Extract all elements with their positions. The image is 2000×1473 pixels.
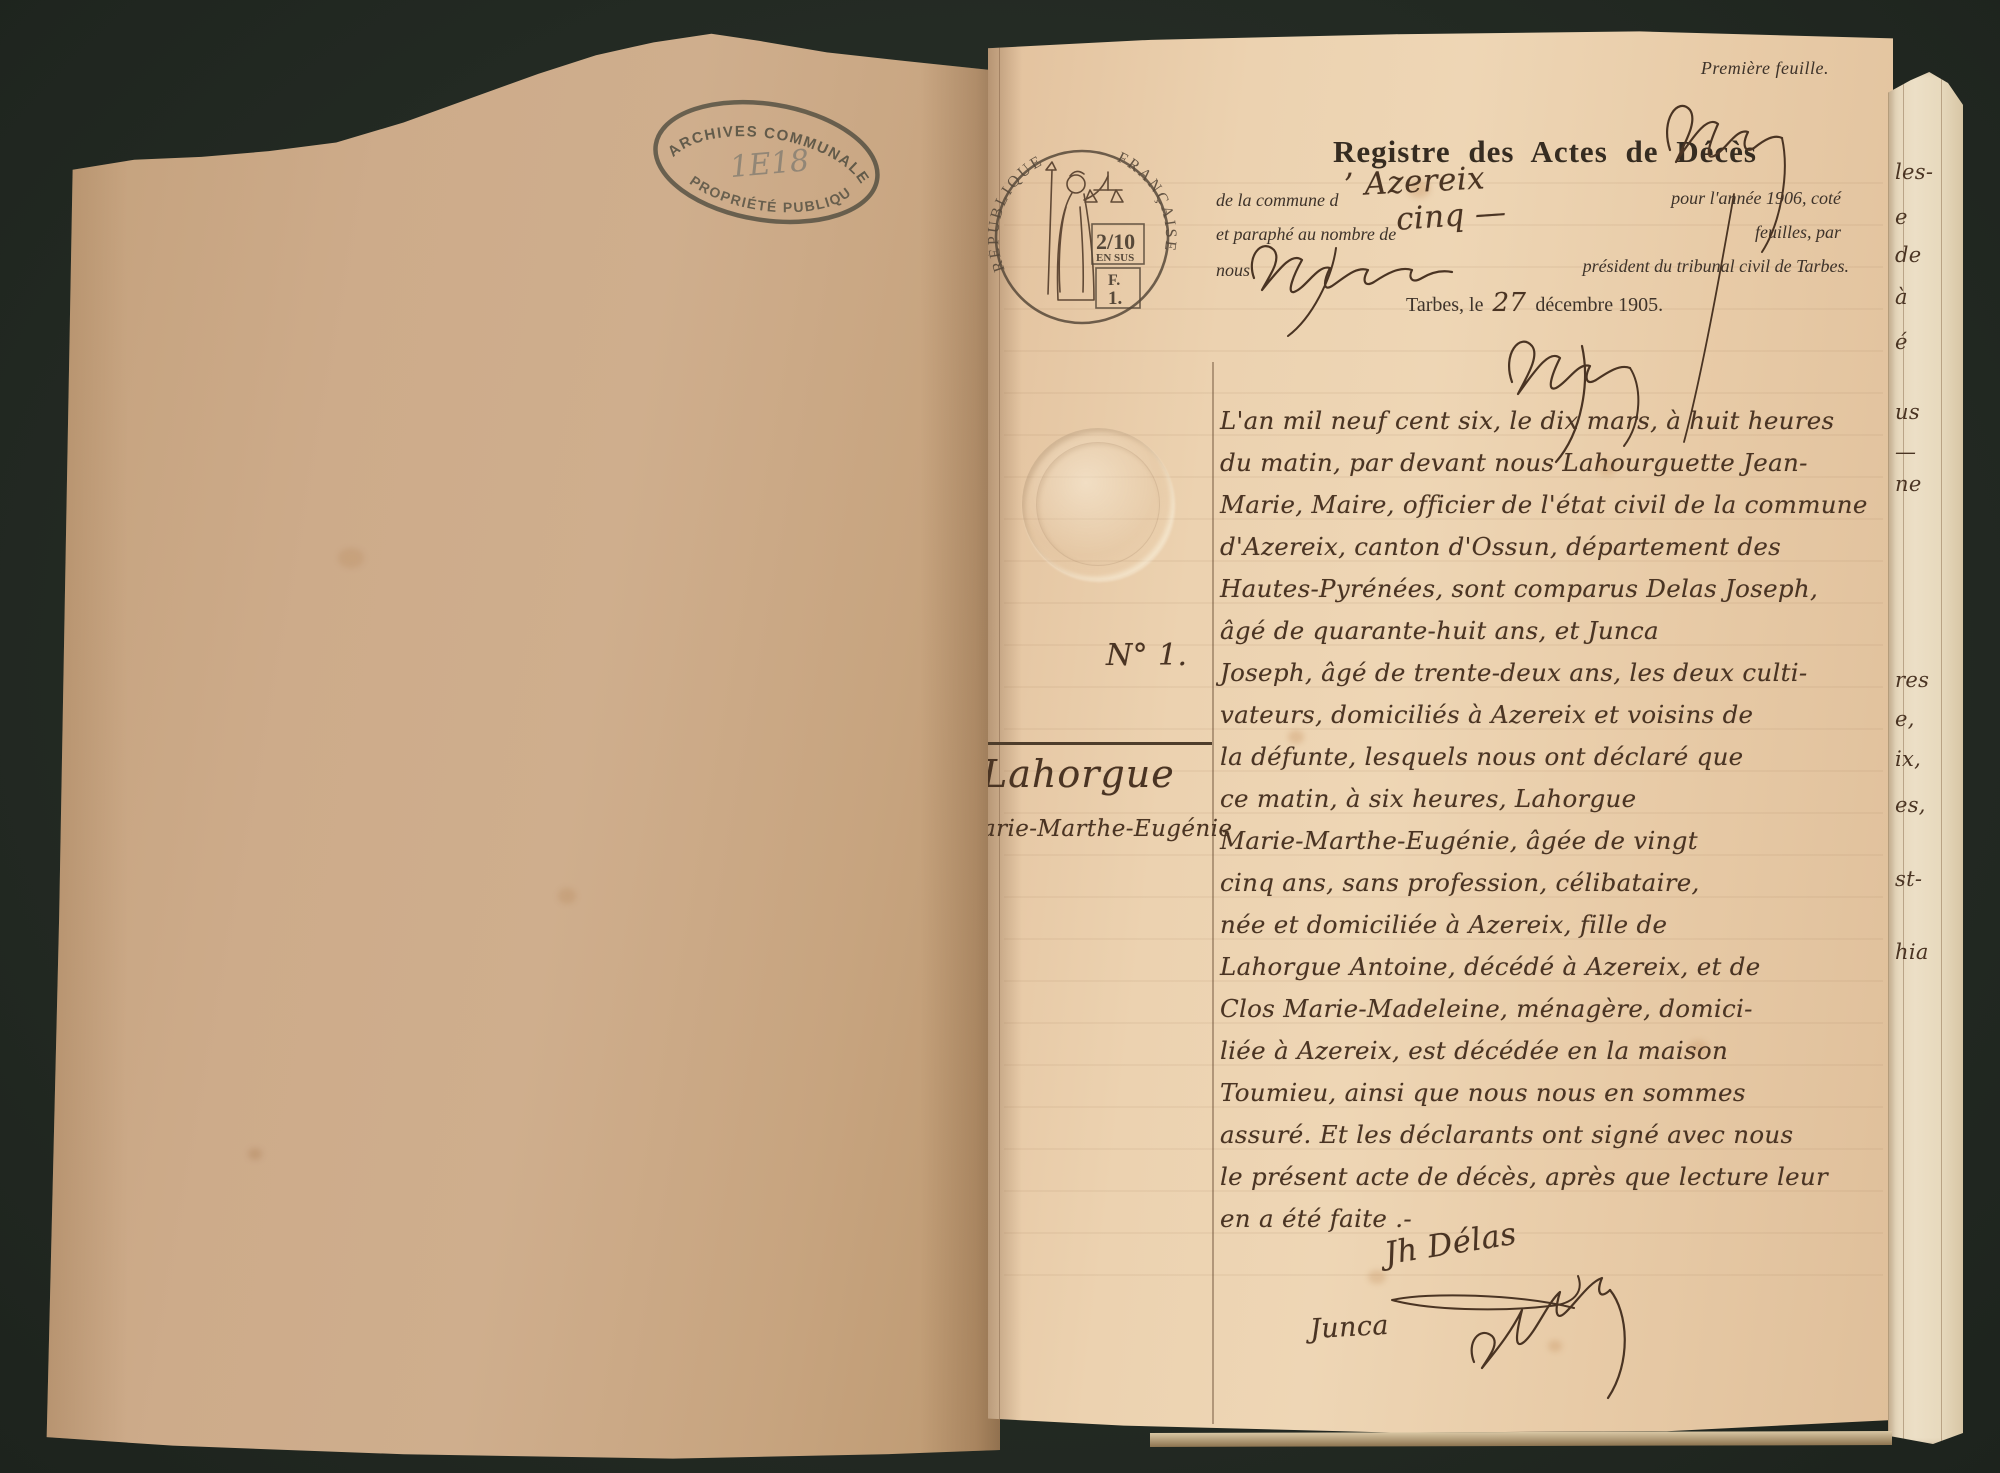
edge-text-fragment: les- (1895, 160, 1933, 184)
edge-text-fragment: res (1895, 668, 1929, 692)
svg-text:PROPRIÉTÉ PUBLIQUE: PROPRIÉTÉ PUBLIQUE (625, 57, 871, 228)
margin-vertical-rule (1212, 362, 1214, 1424)
act-line: Marie, Maire, officier de l'état civil d… (1220, 484, 1876, 526)
act-line: Toumieu, ainsi que nous nous en sommes (1220, 1072, 1876, 1114)
archive-oval-stamp: ARCHIVES COMMUNALES PROPRIÉTÉ PUBLIQUE 1… (626, 71, 906, 260)
left-page-edge-shading (38, 28, 128, 1460)
act-line: la défunte, lesquels nous ont déclaré qu… (1220, 736, 1876, 778)
next-pages-edge: les-edeàéus—nerese,ix,es,st-hia (1888, 72, 1963, 1444)
deceased-firstnames: Marie-Marthe-Eugénie (988, 816, 1232, 842)
page-edge-line (1941, 72, 1942, 1444)
margin-horizontal-rule (988, 742, 1212, 745)
act-line: cinq ans, sans profession, célibataire, (1220, 862, 1876, 904)
svg-text:RÉPUBLIQUE: RÉPUBLIQUE (988, 152, 1046, 274)
act-line: d'Azereix, canton d'Ossun, département d… (1220, 526, 1876, 568)
act-line: ce matin, à six heures, Lahorgue (1220, 778, 1876, 820)
act-line: Marie-Marthe-Eugénie, âgée de vingt (1220, 820, 1876, 862)
edge-text-fragment: es, (1895, 793, 1926, 817)
act-line: vateurs, domiciliés à Azereix et voisins… (1220, 694, 1876, 736)
act-line: liée à Azereix, est décédée en la maison (1220, 1030, 1876, 1072)
edge-text-fragment: e, (1895, 707, 1915, 731)
act-line: Joseph, âgé de trente-deux ans, les deux… (1220, 652, 1876, 694)
underlying-sheet-edge (1150, 1431, 1892, 1447)
edge-text-fragment: é (1895, 330, 1908, 354)
acte-de-deces-page: Première feuille. Registre des Actes de … (988, 30, 1893, 1434)
fiscal-stamp-value-block: 2/10 EN SUS F. 1. (1092, 224, 1144, 309)
foxing-spot (558, 888, 576, 904)
edge-text-fragment: e (1895, 205, 1908, 229)
surcharge-number: 2/10 (1096, 229, 1135, 254)
president-signature (1240, 208, 1500, 338)
edge-text-fragment: ix, (1895, 747, 1921, 771)
pencil-cote: 1E18 (729, 143, 811, 185)
act-line: âgé de quarante-huit ans, et Junca (1220, 610, 1876, 652)
deceased-surname: Lahorgue (988, 752, 1175, 796)
act-line: Lahorgue Antoine, décédé à Azereix, et d… (1220, 946, 1876, 988)
act-number: N° 1. (1106, 638, 1187, 673)
left-cover-page: ARCHIVES COMMUNALES PROPRIÉTÉ PUBLIQUE 1… (38, 28, 1000, 1460)
fiscal-stamp: RÉPUBLIQUE FRANÇAISE (990, 132, 1175, 332)
act-line: Hautes-Pyrénées, sont comparus Delas Jos… (1220, 568, 1876, 610)
surcharge-word: EN SUS (1096, 252, 1134, 264)
edge-text-fragment: st- (1895, 867, 1922, 891)
embossed-seal (1022, 428, 1174, 580)
value-number: 1. (1108, 288, 1122, 309)
edge-text-fragment: à (1895, 285, 1908, 309)
act-line: Clos Marie-Madeleine, ménagère, domici- (1220, 988, 1876, 1030)
act-line: du matin, par devant nous Lahourguette J… (1220, 442, 1876, 484)
edge-text-fragment: — (1895, 440, 1916, 464)
edge-text-fragment: us (1895, 400, 1920, 424)
value-currency: F. (1108, 272, 1120, 289)
signature-mayor-paraph (1456, 1242, 1656, 1422)
edge-text-fragment: ne (1895, 472, 1922, 496)
book-scan: ARCHIVES COMMUNALES PROPRIÉTÉ PUBLIQUE 1… (0, 0, 2000, 1473)
act-line: L'an mil neuf cent six, le dix mars, à h… (1220, 400, 1876, 442)
act-line: née et domiciliée à Azereix, fille de (1220, 904, 1876, 946)
act-line: le présent acte de décès, après que lect… (1220, 1156, 1876, 1198)
edge-text-fragment: hia (1895, 940, 1929, 964)
president-paraph-top (1650, 74, 1810, 454)
foxing-spot (338, 548, 364, 568)
act-line: assuré. Et les déclarants ont signé avec… (1220, 1114, 1876, 1156)
act-line: en a été faite .- (1220, 1198, 1876, 1240)
fiscal-stamp-left-arc: RÉPUBLIQUE (988, 152, 1046, 274)
act-body: L'an mil neuf cent six, le dix mars, à h… (1220, 400, 1876, 1240)
stamp-bottom-text: PROPRIÉTÉ PUBLIQUE (625, 57, 871, 228)
foxing-spot (248, 1148, 262, 1160)
date-prefix: Tarbes, le (1406, 294, 1483, 316)
signature-junca: Junca (1309, 1310, 1389, 1345)
edge-text-fragment: de (1895, 243, 1921, 267)
